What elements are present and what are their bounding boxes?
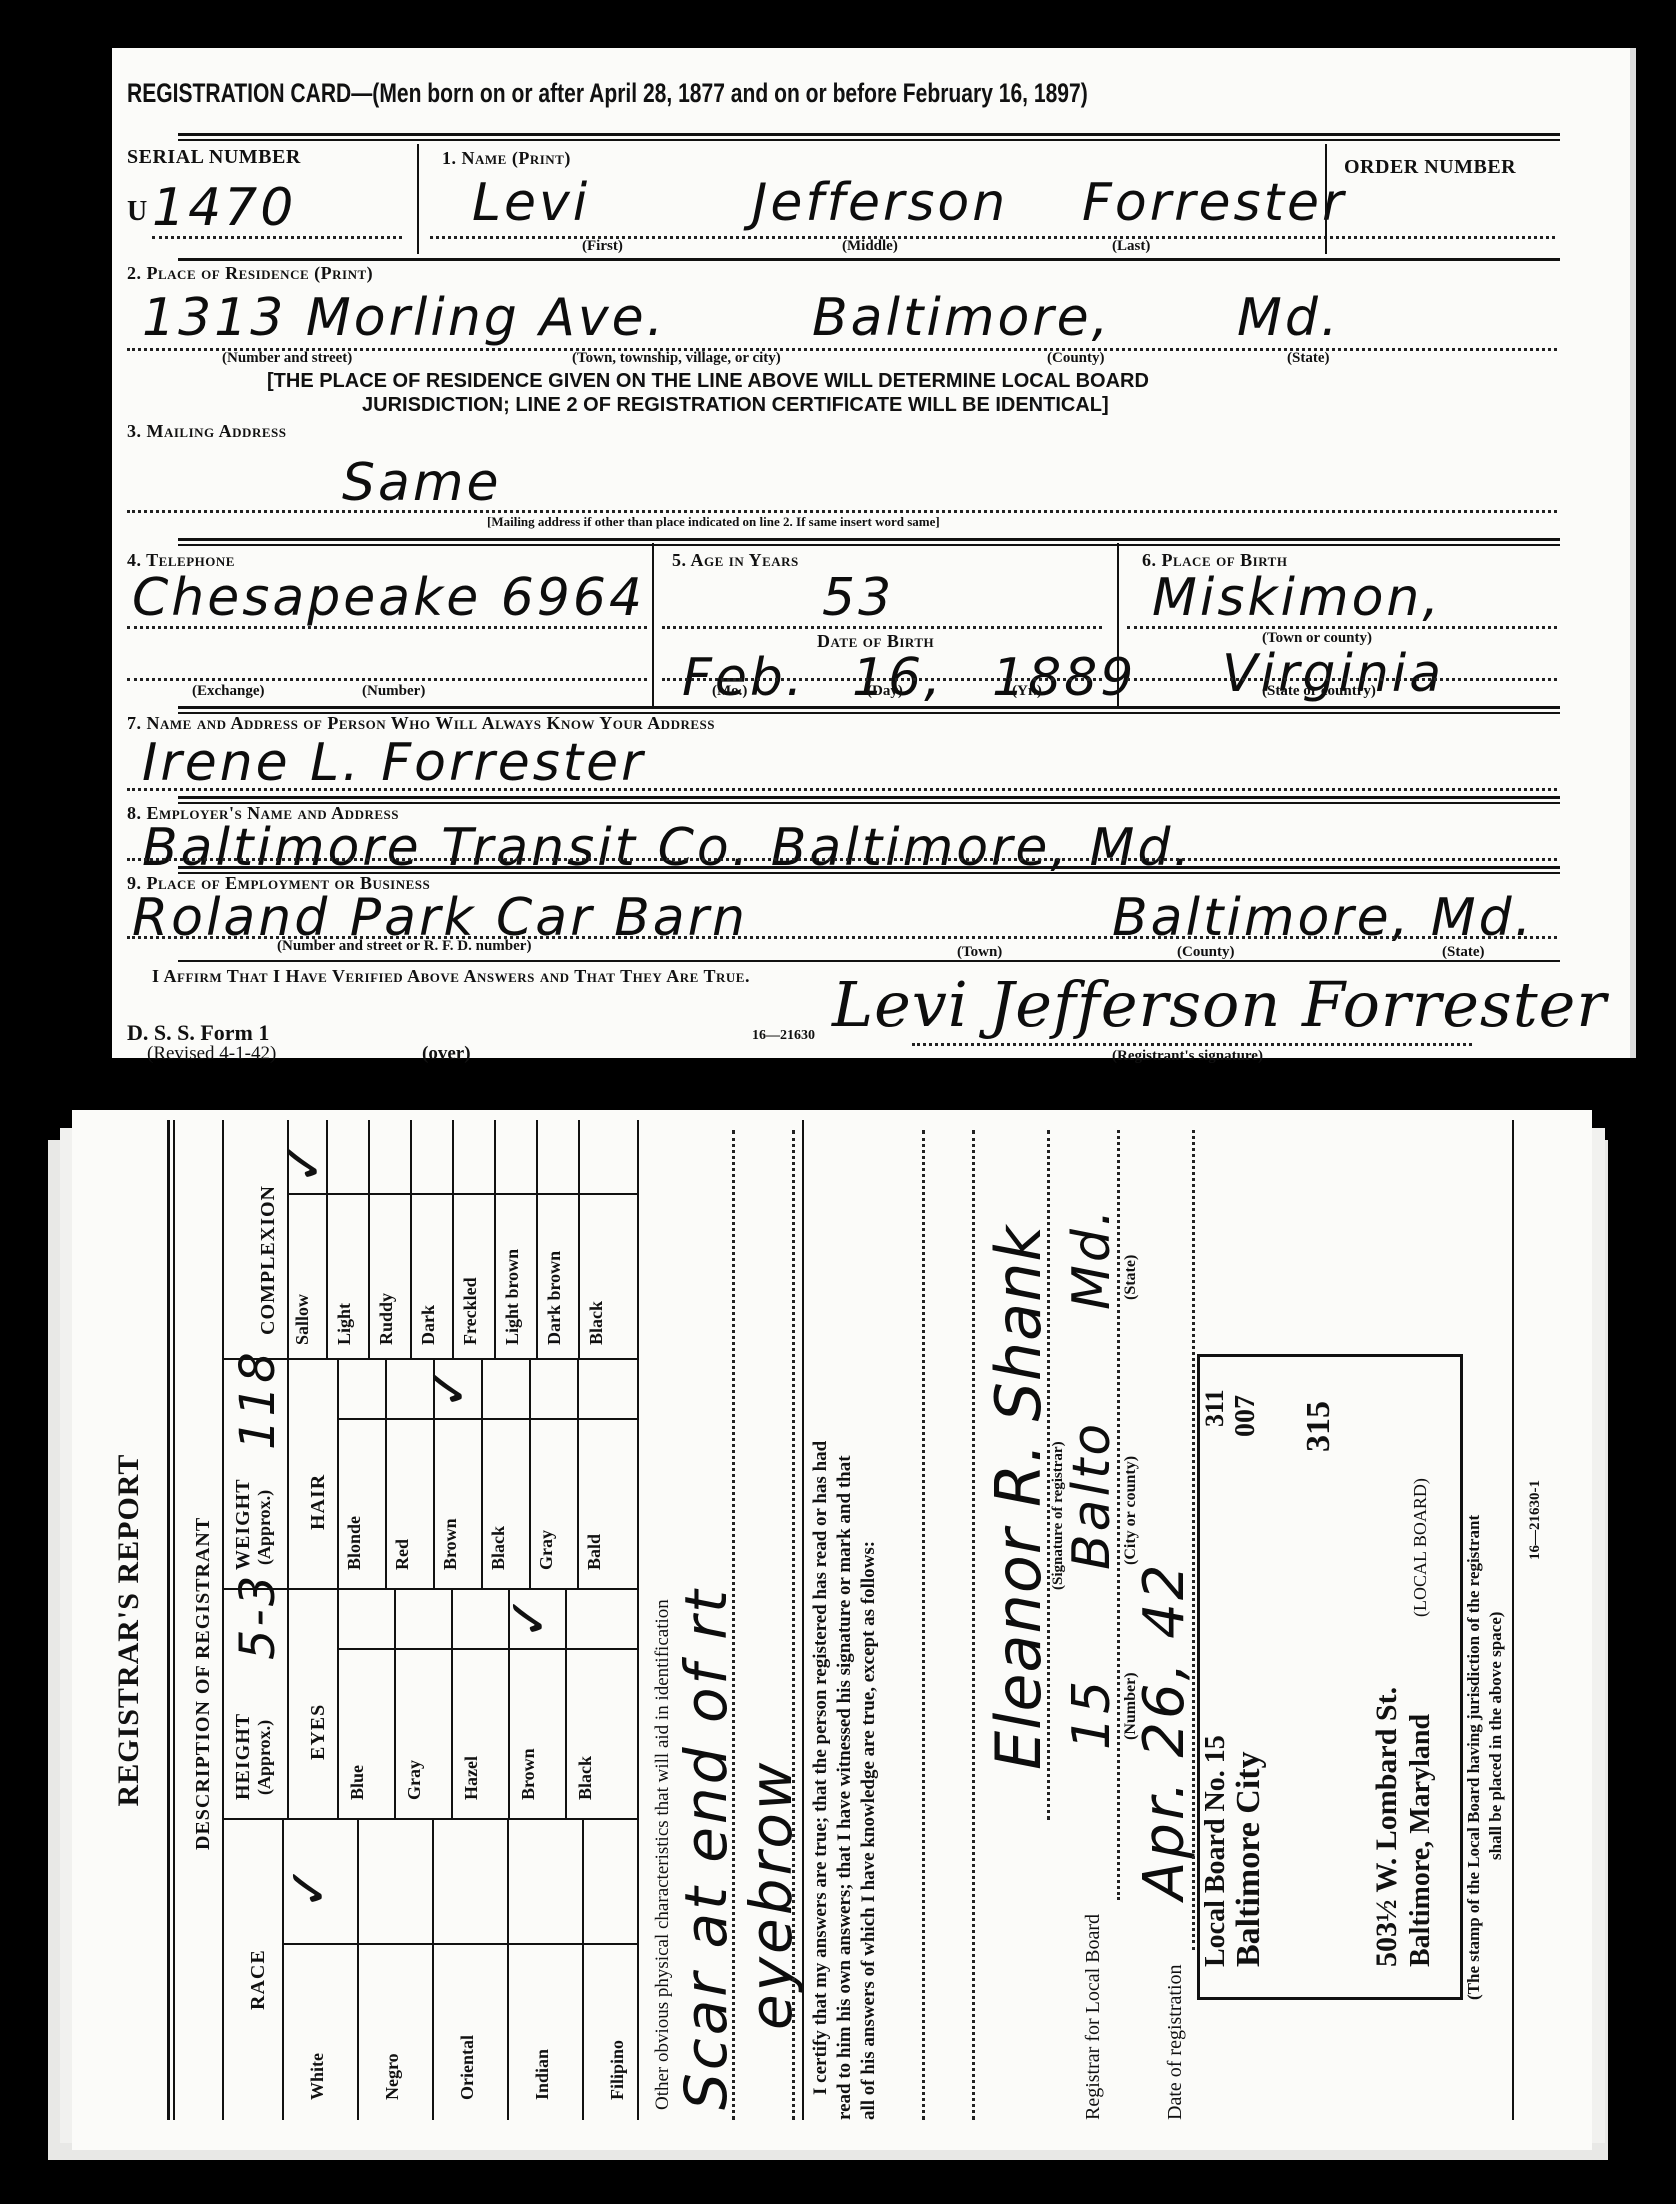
- stamp-board-number: Local Board No. 15: [1200, 1735, 1232, 1967]
- caption-county: (County): [1047, 350, 1105, 367]
- report-title: REGISTRAR'S REPORT: [112, 1260, 146, 2000]
- hair-black: Black: [488, 1526, 509, 1570]
- divider: [452, 1120, 454, 1360]
- birthplace-dotted-line-2: [1127, 678, 1557, 681]
- eyes-black: Black: [575, 1756, 596, 1800]
- contact-dotted-line: [127, 788, 1557, 791]
- yr-caption: (Yr.): [1012, 683, 1042, 700]
- dotted-line: [1192, 1130, 1195, 1950]
- age-label: 5. Age in Years: [672, 550, 799, 571]
- divider: [178, 133, 1560, 141]
- print-code: 16—21630: [752, 1028, 815, 1044]
- weight-approx: (Approx.): [254, 1490, 275, 1565]
- caption-town: (Town): [957, 944, 1002, 961]
- board-number-value: 15: [1062, 1678, 1122, 1750]
- eyes-brown-checkmark: ✓: [497, 1595, 560, 1640]
- age-value: 53: [822, 568, 894, 628]
- serial-number-value: 1470: [152, 178, 296, 238]
- divider: [410, 1120, 412, 1360]
- divider: [178, 258, 1560, 261]
- eyes-gray: Gray: [404, 1760, 425, 1800]
- mailing-value: Same: [342, 453, 502, 513]
- dotted-line: [1117, 1130, 1120, 1900]
- employment-place-county: Baltimore, Md.: [1112, 888, 1534, 948]
- serial-prefix: U: [127, 196, 147, 228]
- first-caption: (First): [582, 238, 623, 255]
- jurisdiction-notice-1: [THE PLACE OF RESIDENCE GIVEN ON THE LIN…: [267, 370, 1149, 393]
- contact-value: Irene L. Forrester: [142, 733, 646, 793]
- serial-dotted-line: [152, 236, 402, 239]
- registrars-report: REGISTRAR'S REPORT DESCRIPTION OF REGIST…: [72, 1110, 1592, 2150]
- hair-gray: Gray: [536, 1530, 557, 1570]
- affirmation-text: I Affirm That I Have Verified Above Answ…: [152, 966, 750, 987]
- board-city-value: Balto: [1062, 1421, 1122, 1570]
- date-of-registration-label: Date of registration: [1164, 1965, 1187, 2121]
- mailing-dotted-line: [127, 510, 1557, 513]
- other-characteristics-value-1: Scar at end of rt: [672, 1587, 740, 2110]
- registrant-signature: Levi Jefferson Forrester: [832, 968, 1607, 1041]
- complexion-dark: Dark: [418, 1305, 439, 1345]
- complexion-light-brown: Light brown: [502, 1249, 523, 1345]
- caption-street: (Number and street or R. F. D. number): [277, 938, 531, 955]
- section-title: DESCRIPTION OF REGISTRANT: [192, 1517, 215, 1850]
- serial-number-label: SERIAL NUMBER: [127, 146, 301, 169]
- divider: [802, 1120, 804, 2120]
- divider: [337, 1360, 339, 1590]
- divider: [178, 538, 1560, 546]
- divider: [578, 1120, 580, 1360]
- height-approx: (Approx.): [254, 1720, 275, 1795]
- signature-caption: (Registrant's signature): [1112, 1048, 1263, 1065]
- stamp-board-caption: (LOCAL BOARD): [1410, 1478, 1431, 1617]
- divider: [222, 1588, 637, 1590]
- dotted-line: [972, 1130, 975, 2120]
- city-caption: (City or county): [1122, 1456, 1140, 1565]
- complexion-ruddy: Ruddy: [376, 1293, 397, 1345]
- contact-label: 7. Name and Address of Person Who Will A…: [127, 713, 715, 734]
- telephone-value: Chesapeake 6964: [132, 568, 645, 628]
- dotted-line: [792, 1130, 795, 2120]
- divider: [1325, 144, 1327, 254]
- state-country-caption: (State or country): [1262, 683, 1376, 700]
- order-number-label: ORDER NUMBER: [1344, 156, 1516, 179]
- complexion-dark-brown: Dark brown: [544, 1251, 565, 1345]
- divider: [337, 1648, 637, 1650]
- certification-line-3: all of his answers of which I have knowl…: [858, 1541, 880, 2120]
- weight-label: WEIGHT: [232, 1478, 255, 1570]
- residence-street-value: 1313 Morling Ave.: [142, 288, 666, 348]
- race-label: RACE: [247, 1949, 270, 2010]
- middle-name-value: Jefferson: [752, 173, 1008, 233]
- divider: [451, 1590, 453, 1820]
- last-name-value: Forrester: [1082, 173, 1346, 233]
- divider: [167, 1120, 170, 2120]
- caption-town: (Town, township, village, or city): [572, 350, 781, 367]
- complexion-sallow-checkmark: ✓: [272, 1140, 335, 1185]
- divider: [529, 1360, 531, 1590]
- height-value: 5-3: [230, 1573, 286, 1660]
- divider: [357, 1820, 359, 2120]
- name-label: 1. Name (Print): [442, 148, 571, 169]
- day-caption: (Day): [867, 683, 903, 700]
- divider: [287, 1193, 637, 1195]
- race-white-checkmark: ✓: [277, 1865, 340, 1910]
- stamp-address-2: Baltimore, Maryland: [1405, 1714, 1437, 1967]
- divider: [637, 1120, 639, 2120]
- caption-state: (State): [1287, 350, 1329, 367]
- divider: [417, 144, 419, 254]
- height-label: HEIGHT: [232, 1713, 255, 1800]
- middle-caption: (Middle): [842, 238, 898, 255]
- divider: [565, 1590, 567, 1820]
- caption-street: (Number and street): [222, 350, 352, 367]
- divider: [481, 1360, 483, 1590]
- race-filipino: Filipino: [607, 2040, 628, 2100]
- telephone-dotted-line-2: [127, 678, 647, 681]
- residence-city-value: Baltimore,: [812, 288, 1111, 348]
- residence-label: 2. Place of Residence (Print): [127, 263, 373, 284]
- residence-state-value: Md.: [1237, 288, 1340, 348]
- race-white: White: [307, 2053, 328, 2100]
- divider: [1512, 1120, 1514, 2120]
- divider: [222, 1120, 224, 2120]
- race-negro: Negro: [382, 2053, 403, 2100]
- complexion-light: Light: [334, 1303, 355, 1345]
- stamp-code-a: 311: [1200, 1389, 1230, 1427]
- board-state-value: Md.: [1062, 1207, 1122, 1310]
- stamp-code-c: 315: [1300, 1401, 1338, 1452]
- divider: [337, 1418, 637, 1420]
- date-of-registration-value: Apr. 26, 42: [1132, 1562, 1197, 1900]
- stamp-address-1: 503½ W. Lombard St.: [1370, 1687, 1404, 1967]
- divider: [507, 1820, 509, 2120]
- stamp-caption-2: shall be placed in the above space): [1486, 1612, 1506, 1860]
- eyes-label: EYES: [307, 1704, 330, 1760]
- complexion-black: Black: [586, 1301, 607, 1345]
- divider: [494, 1120, 496, 1360]
- dotted-line: [732, 1130, 735, 2120]
- registrar-board-label: Registrar for Local Board: [1082, 1914, 1105, 2120]
- registration-card-front: REGISTRATION CARD—(Men born on or after …: [112, 48, 1636, 1058]
- race-indian: Indian: [532, 2049, 553, 2100]
- stamp-caption-1: (The stamp of the Local Board having jur…: [1464, 1515, 1484, 2000]
- divider: [222, 1358, 637, 1360]
- mailing-label: 3. Mailing Address: [127, 421, 286, 442]
- complexion-sallow: Sallow: [292, 1294, 313, 1345]
- hair-bald: Bald: [584, 1534, 605, 1570]
- caption-county: (County): [1177, 944, 1235, 961]
- dotted-line: [922, 1130, 925, 2120]
- hair-red: Red: [392, 1539, 413, 1570]
- number-caption: (Number): [362, 683, 425, 700]
- divider: [432, 1820, 434, 2120]
- divider: [394, 1590, 396, 1820]
- divider: [582, 1820, 584, 2120]
- eyes-blue: Blue: [347, 1765, 368, 1800]
- race-oriental: Oriental: [457, 2035, 478, 2100]
- hair-brown-checkmark: ✓: [417, 1365, 480, 1410]
- eyes-brown: Brown: [518, 1748, 539, 1800]
- eyes-hazel: Hazel: [461, 1756, 482, 1800]
- registrar-signature: Eleanor R. Shank: [982, 1225, 1055, 1770]
- over-note: (over): [422, 1043, 471, 1065]
- divider: [222, 1818, 637, 1820]
- certification-line-2: read to him his own answers; that I have…: [834, 1455, 856, 2120]
- mo-caption: (Mo.): [712, 683, 747, 700]
- revised-date: (Revised 4-1-42): [147, 1043, 276, 1065]
- stamp-code-b: 007: [1230, 1395, 1262, 1437]
- jurisdiction-notice-2: JURISDICTION; LINE 2 OF REGISTRATION CER…: [362, 394, 1109, 417]
- caption-state: (State): [1442, 944, 1484, 961]
- divider: [368, 1120, 370, 1360]
- employer-dotted-line: [127, 858, 1557, 861]
- stamp-city: Baltimore City: [1230, 1751, 1268, 1967]
- first-name-value: Levi: [472, 173, 590, 233]
- divider: [1117, 543, 1119, 708]
- divider: [536, 1120, 538, 1360]
- local-board-stamp: Local Board No. 15 Baltimore City 311 00…: [1197, 1354, 1463, 2000]
- back-print-code: 16—21630-1: [1527, 1480, 1544, 1560]
- dob-dotted-line: [662, 678, 1102, 681]
- last-caption: (Last): [1112, 238, 1150, 255]
- exchange-caption: (Exchange): [192, 683, 265, 700]
- divider: [385, 1360, 387, 1590]
- divider: [337, 1590, 339, 1820]
- signature-dotted-line: [912, 1043, 1472, 1046]
- complexion-freckled: Freckled: [460, 1277, 481, 1345]
- state-caption: (State): [1122, 1255, 1140, 1300]
- age-dotted-line: [662, 626, 1102, 629]
- divider: [287, 1120, 289, 1820]
- hair-blonde: Blonde: [344, 1516, 365, 1570]
- divider: [178, 960, 1560, 962]
- registration-card-back: REGISTRAR'S REPORT DESCRIPTION OF REGIST…: [72, 1110, 1592, 2150]
- other-characteristics-label: Other obvious physical characteristics t…: [652, 1599, 674, 2110]
- birthplace-town-value: Miskimon,: [1152, 568, 1442, 628]
- divider: [577, 1360, 579, 1590]
- certification-line-1: I certify that my answers are true; that…: [810, 1441, 832, 2095]
- card-title: REGISTRATION CARD—(Men born on or after …: [127, 78, 1088, 109]
- hair-label: HAIR: [307, 1474, 330, 1530]
- complexion-label: COMPLEXION: [257, 1185, 280, 1335]
- hair-brown: Brown: [440, 1518, 461, 1570]
- divider: [173, 1120, 175, 2120]
- mailing-caption: [Mailing address if other than place ind…: [487, 514, 940, 530]
- weight-value: 118: [230, 1349, 286, 1450]
- telephone-dotted-line: [127, 626, 647, 629]
- divider: [652, 543, 654, 708]
- birthplace-dotted-line: [1127, 626, 1557, 629]
